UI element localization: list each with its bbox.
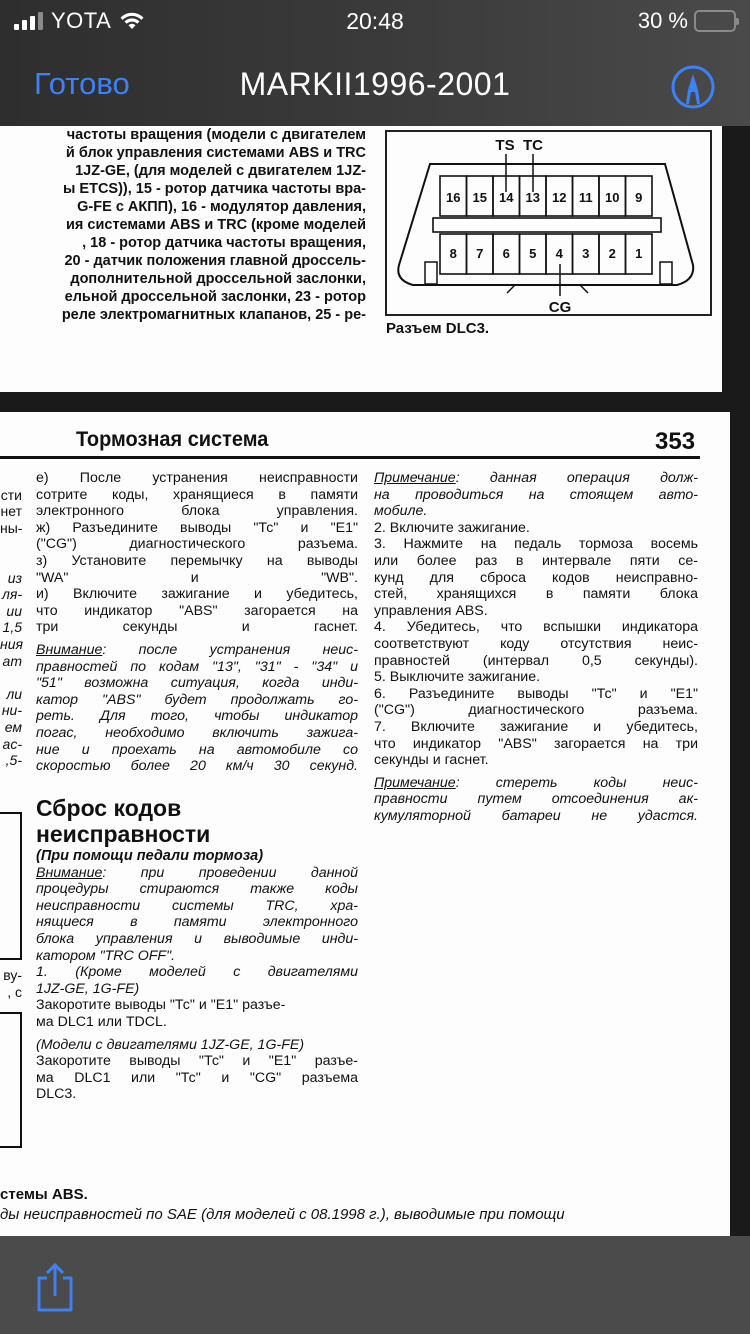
models-body: Закоротите выводы "Тс" и "Е1" разъе-	[36, 1053, 358, 1070]
status-bar: YOTA 20:48 30 %	[0, 0, 750, 44]
svg-text:CG: CG	[549, 299, 572, 316]
step1-body: Закоротите выводы "Тс" и "Е1" разъе-	[36, 997, 358, 1014]
section-title: Сброс кодов	[36, 795, 358, 821]
step-line: сотрите коды, хранящиеся в памяти	[36, 487, 358, 504]
svg-text:2: 2	[609, 246, 616, 261]
step-line: секунды и гаснет.	[374, 752, 698, 769]
warning-line: скоростью более 20 км/ч 30 секунд.	[36, 758, 358, 775]
svg-text:6: 6	[503, 246, 510, 261]
warning-text: катором "TRC OFF".	[36, 948, 175, 964]
text-line: реле электромагнитных клапанов, 25 - ре-	[0, 306, 366, 324]
diagram-caption: Разъем DLC3.	[386, 320, 489, 337]
spacer	[36, 775, 358, 795]
edge-fragment	[0, 669, 22, 686]
warning-line: Внимание: после устранения неис-	[36, 642, 358, 659]
warning-text: процедуры стираются также коды	[36, 881, 358, 897]
step-line: 5. Выключите зажигание.	[374, 669, 698, 686]
column-left: е) После устранения неисправностисотрите…	[36, 470, 358, 1103]
warning-text: реть. Для того, чтобы индикатор	[36, 708, 358, 724]
warning-text: "51" возможна ситуация, когда инди-	[36, 675, 358, 691]
warning-line: "51" возможна ситуация, когда инди-	[36, 675, 358, 692]
section-warning-line: процедуры стираются также коды	[36, 881, 358, 898]
svg-text:15: 15	[473, 190, 487, 205]
text-line: 1JZ-GE, (для моделей с двигателем 1JZ-	[0, 162, 366, 180]
svg-text:10: 10	[605, 190, 619, 205]
share-icon	[30, 1262, 80, 1314]
svg-text:TC: TC	[523, 137, 543, 154]
step-line: кунд для сброса кодов неисправно-	[374, 570, 698, 587]
step-line: 7. Включите зажигание и убедитесь,	[374, 719, 698, 736]
battery-percent: 30 %	[638, 8, 688, 34]
step-line: что индикатор "ABS" загорается на	[36, 603, 358, 620]
text-line: дополнительной дроссельной заслонки,	[0, 270, 366, 288]
page-353: Тормозная система 353 стинетны-изля-ии1,…	[0, 412, 730, 1236]
warning-text: неисправности системы TRC, хра-	[36, 898, 358, 914]
step-line: соответствуют коду отсутствия неис-	[374, 636, 698, 653]
text-line: G-FE с АКПП), 16 - модулятор давления,	[0, 198, 366, 216]
step-line: и) Включите зажигание и убедитесь,	[36, 586, 358, 603]
section-warning-line: Внимание: при проведении данной	[36, 865, 358, 882]
note-text: на проводиться на стоящем авто-	[374, 487, 698, 503]
note-text: : стереть коды неис-	[456, 775, 698, 791]
edge-fragment: ны-	[0, 520, 22, 537]
step-line: или более раз в интервале пяти се-	[374, 553, 698, 570]
step-line: стей, хранящихся в памяти блока	[374, 586, 698, 603]
step-line: е) После устранения неисправности	[36, 470, 358, 487]
text-line: частоты вращения (модели с двигателем	[0, 126, 366, 144]
note-text: правности путем отсоединения ак-	[374, 791, 698, 807]
step-line: 3. Нажмите на педаль тормоза восемь	[374, 536, 698, 553]
svg-text:14: 14	[499, 190, 514, 205]
step-line: ("CG") диагностического разъема.	[36, 536, 358, 553]
warning-text: погас, необходимо включить зажига-	[36, 725, 358, 741]
edge-fragment: ния	[0, 636, 22, 653]
svg-text:11: 11	[579, 190, 593, 205]
warning-text: блока управления и выводимые инди-	[36, 931, 358, 947]
text-line: , 18 - ротор датчика частоты вращения,	[0, 234, 366, 252]
caption-fragment: ды неисправностей по SAE (для моделей с …	[0, 1206, 565, 1223]
warning-text: катор "ABS" будет продолжать го-	[36, 692, 358, 708]
step-line: ("CG") диагностического разъема.	[374, 702, 698, 719]
edge-fragment: 1,5	[0, 619, 22, 636]
warning-line: катор "ABS" будет продолжать го-	[36, 692, 358, 709]
warning-line: реть. Для того, чтобы индикатор	[36, 708, 358, 725]
left-edge-cut-text: стинетны-изля-ии1,5нияатлини-емас-,5-	[0, 470, 22, 769]
note2-line: Примечание: стереть коды неис-	[374, 775, 698, 792]
step-line: 2. Включите зажигание.	[374, 520, 698, 537]
note-line: на проводиться на стоящем авто-	[374, 487, 698, 504]
step-line: правностей (интервал 0,5 секунды).	[374, 653, 698, 670]
step1-body: ма DLC1 или TDCL.	[36, 1014, 358, 1031]
step-line: 6. Разъедините выводы "Тс" и "Е1"	[374, 686, 698, 703]
dlc3-connector-diagram: 16151413121110987654321TSTCCG	[385, 130, 712, 316]
warning-text: : при проведении данной	[102, 865, 358, 881]
note2-line: правности путем отсоединения ак-	[374, 791, 698, 808]
page-352: частоты вращения (модели с двигателемй б…	[0, 126, 722, 392]
note-label: Примечание	[374, 470, 456, 486]
edge-fragment: ву-	[0, 967, 22, 984]
note2-line: кумуляторной батареи не удастся.	[374, 808, 698, 825]
warning-line: правностей по кодам "13", "31" - "34" и	[36, 659, 358, 676]
edge-fragment: ас-	[0, 736, 22, 753]
text-line: й блок управления системами ABS и TRC	[0, 144, 366, 162]
warning-label: Внимание	[36, 642, 102, 658]
step-line: электронного блока управления.	[36, 503, 358, 520]
edge-fragment: нет	[0, 503, 22, 520]
note-line: мобиле.	[374, 503, 698, 520]
markup-button[interactable]	[670, 64, 716, 110]
section-warning-line: катором "TRC OFF".	[36, 948, 358, 965]
note-text: : данная операция долж-	[456, 470, 698, 486]
section-subtitle: (При помощи педали тормоза)	[36, 847, 358, 865]
svg-text:8: 8	[450, 246, 457, 261]
warning-text: нящиеся в памяти электронного	[36, 914, 358, 930]
section-warning-line: неисправности системы TRC, хра-	[36, 898, 358, 915]
text-line: ия системами ABS и TRC (кроме моделей	[0, 216, 366, 234]
step1-line: 1JZ-GE, 1G-FE)	[36, 981, 358, 998]
warning-text: ние и проехать на автомобиле со	[36, 742, 358, 758]
step-line: три секунды и гаснет.	[36, 619, 358, 636]
section-fragment: стемы ABS.	[0, 1186, 88, 1203]
svg-text:1: 1	[635, 246, 642, 261]
svg-text:9: 9	[635, 190, 642, 205]
step-line: 4. Убедитесь, что вспышки индикатора	[374, 619, 698, 636]
step-line: з) Установите перемычку на выводы	[36, 553, 358, 570]
edge-fragment: из	[0, 570, 22, 587]
cut-box-upper	[0, 812, 22, 960]
header-rule	[0, 456, 700, 459]
edge-fragment: ат	[0, 653, 22, 670]
edge-fragment	[0, 553, 22, 570]
warning-text: скоростью более 20 км/ч 30 секунд.	[36, 758, 358, 774]
svg-text:12: 12	[552, 190, 566, 205]
svg-text:7: 7	[476, 246, 483, 261]
step-line: что индикатор "ABS" загорается на три	[374, 736, 698, 753]
edge-fragment: ии	[0, 603, 22, 620]
edge-fragment: ля-	[0, 586, 22, 603]
warning-line: погас, необходимо включить зажига-	[36, 725, 358, 742]
step-line: управления ABS.	[374, 603, 698, 620]
cut-box-lower	[0, 1012, 22, 1148]
edge-fragment: , с	[0, 984, 22, 1001]
svg-text:TS: TS	[495, 137, 514, 154]
page-header: Тормозная система	[76, 428, 268, 452]
svg-text:4: 4	[556, 246, 564, 261]
bottom-toolbar	[0, 1236, 750, 1334]
warning-line: ние и проехать на автомобиле со	[36, 742, 358, 759]
svg-text:3: 3	[582, 246, 589, 261]
models-line: (Модели с двигателями 1JZ-GE, 1G-FE)	[36, 1037, 358, 1054]
note-text: мобиле.	[374, 503, 427, 519]
edge-fragment: ем	[0, 719, 22, 736]
edge-fragment	[0, 536, 22, 553]
svg-text:13: 13	[526, 190, 540, 205]
models-body: ма DLC1 или "Тс" и "CG" разъема	[36, 1070, 358, 1087]
document-title: MARKII1996-2001	[0, 66, 750, 103]
svg-text:16: 16	[446, 190, 460, 205]
section-title: неисправности	[36, 821, 358, 847]
section-warning-line: нящиеся в памяти электронного	[36, 914, 358, 931]
warning-text: правностей по кодам "13", "31" - "34" и	[36, 659, 358, 675]
navigation-bar: Готово MARKII1996-2001	[0, 44, 750, 126]
edge-fragment: ни-	[0, 702, 22, 719]
edge-fragment	[0, 470, 22, 487]
column-right: Примечание: данная операция долж-на пров…	[374, 470, 698, 824]
warning-text: : после устранения неис-	[102, 642, 358, 658]
step-line: "WA" и "WB".	[36, 570, 358, 587]
text-line: ельной дроссельной заслонки, 23 - ротор	[0, 288, 366, 306]
svg-text:5: 5	[529, 246, 536, 261]
note-label: Примечание	[374, 775, 456, 791]
models-body: DLC3.	[36, 1086, 358, 1103]
document-viewer[interactable]: частоты вращения (модели с двигателемй б…	[0, 126, 750, 1236]
share-button[interactable]	[30, 1262, 80, 1314]
text-line: ы ETCS)), 15 - ротор датчика частоты вра…	[0, 180, 366, 198]
markup-pen-icon	[670, 64, 716, 110]
note-line: Примечание: данная операция долж-	[374, 470, 698, 487]
edge-fragment: ли	[0, 686, 22, 703]
edge-fragment: ,5-	[0, 752, 22, 769]
page-number: 353	[655, 428, 695, 456]
note-text: кумуляторной батареи не удастся.	[374, 808, 698, 824]
text-line: 20 - датчик положения главной дроссель-	[0, 252, 366, 270]
warning-label: Внимание	[36, 865, 102, 881]
step-line: ж) Разъедините выводы "Тс" и "Е1"	[36, 520, 358, 537]
battery-icon	[694, 10, 736, 32]
top-bar: YOTA 20:48 30 % Готово MARKII1996-2001	[0, 0, 750, 126]
section-warning-line: блока управления и выводимые инди-	[36, 931, 358, 948]
edge-fragment: сти	[0, 487, 22, 504]
step1-line: 1. (Кроме моделей с двигателями	[36, 964, 358, 981]
legend-text: частоты вращения (модели с двигателемй б…	[0, 126, 372, 324]
